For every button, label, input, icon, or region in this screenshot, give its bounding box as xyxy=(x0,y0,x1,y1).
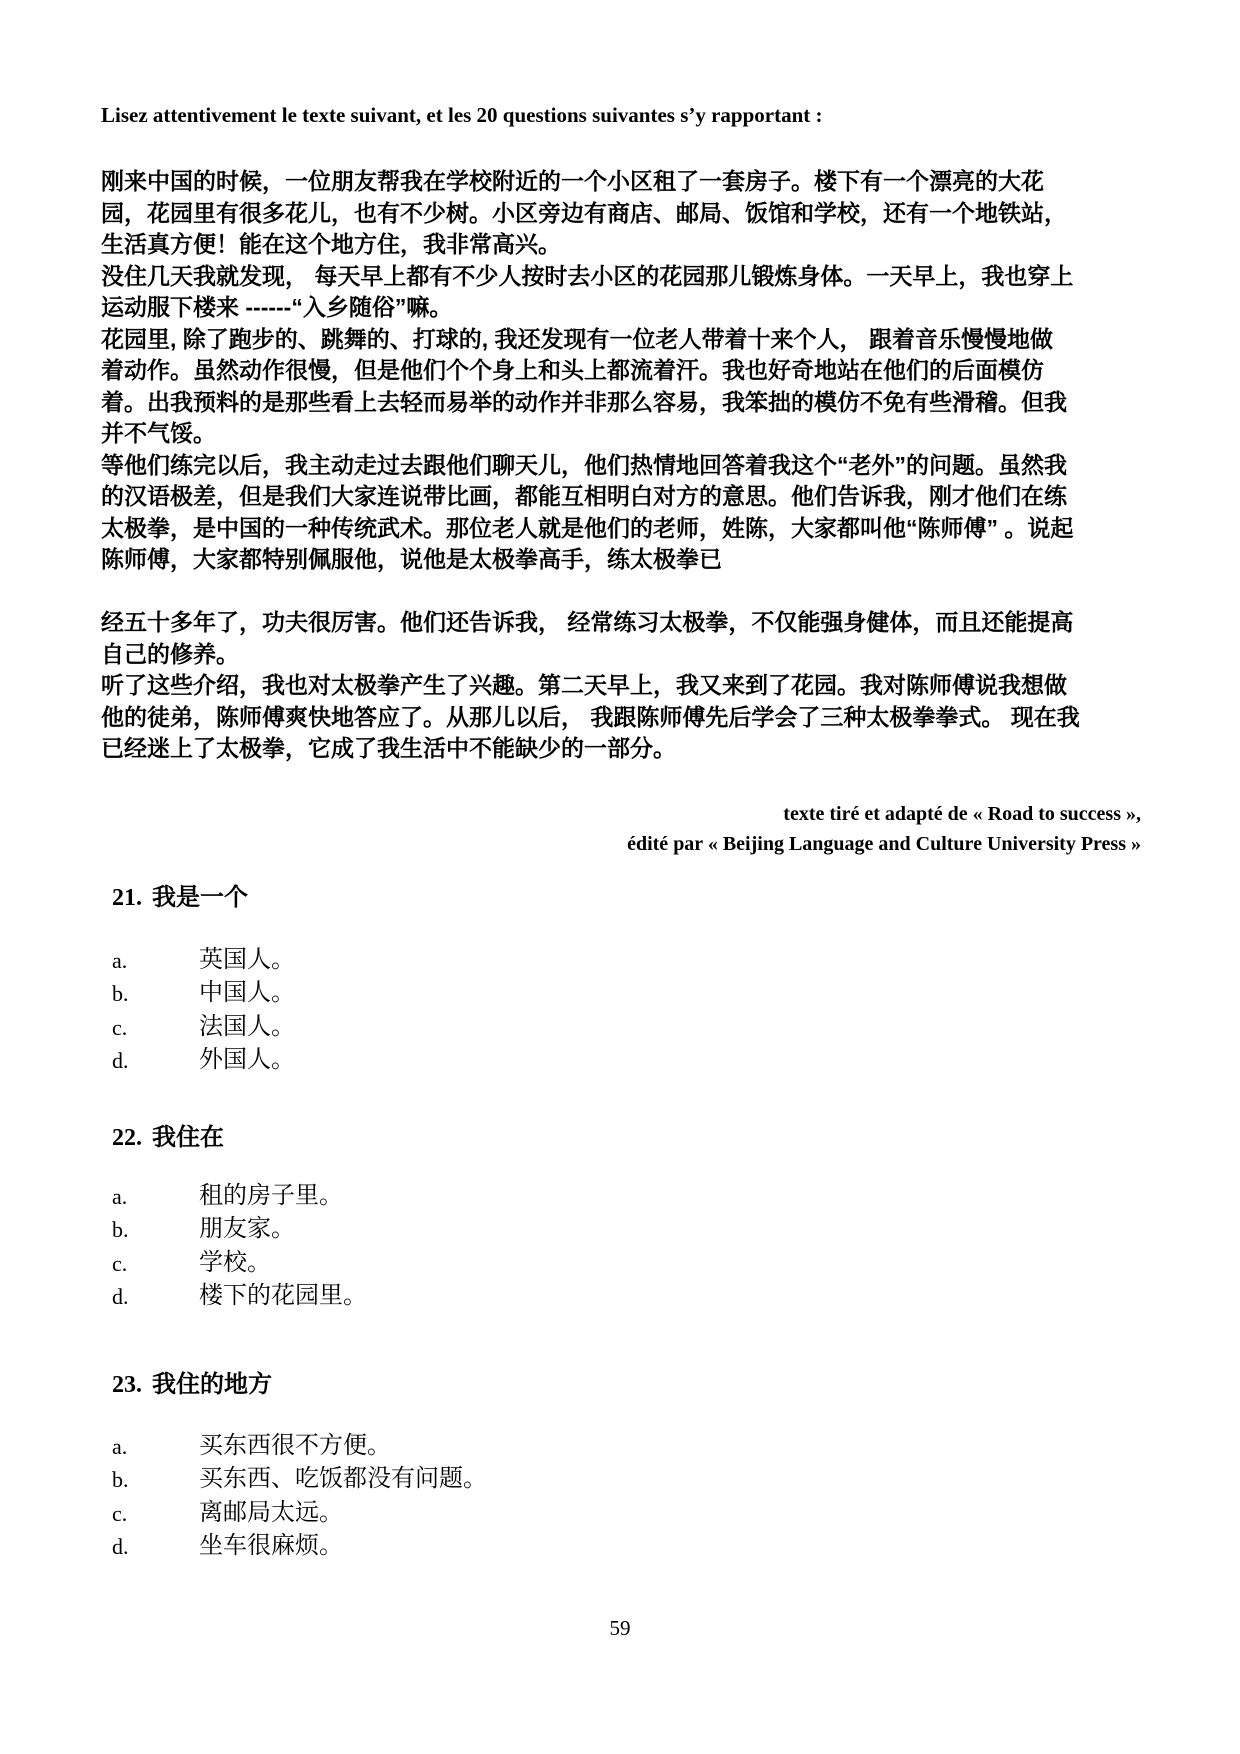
option-row: a.租的房子里。 xyxy=(112,1180,1141,1214)
option-text: 坐车很麻烦。 xyxy=(199,1530,1141,1564)
page-content: Lisez attentivement le texte suivant, et… xyxy=(101,102,1141,1564)
option-row: b.朋友家。 xyxy=(112,1213,1141,1247)
option-row: a.买东西很不方便。 xyxy=(112,1430,1141,1464)
question-23-options: a.买东西很不方便。b.买东西、吃饭都没有问题。c.离邮局太远。d.坐车很麻烦。 xyxy=(112,1430,1141,1564)
text-line: 着动作。虽然动作很慢，但是他们个个身上和头上都流着汗。我也好奇地站在他们的后面模… xyxy=(101,355,1141,387)
option-row: c.学校。 xyxy=(112,1247,1141,1281)
option-letter: d. xyxy=(112,1280,199,1314)
question-23: 23.我住的地方 a.买东西很不方便。b.买东西、吃饭都没有问题。c.离邮局太远… xyxy=(101,1370,1141,1564)
question-number: 22. xyxy=(112,1125,142,1151)
page-number: 59 xyxy=(0,1616,1240,1641)
option-row: b.中国人。 xyxy=(112,977,1141,1011)
question-title: 我是一个 xyxy=(152,884,248,911)
option-text: 中国人。 xyxy=(199,977,1141,1011)
text-line: 陈师傅，大家都特别佩服他，说他是太极拳高手，练太极拳已 xyxy=(101,544,1141,576)
option-letter: d. xyxy=(112,1044,199,1078)
option-text: 外国人。 xyxy=(199,1044,1141,1078)
text-line: 听了这些介绍，我也对太极拳产生了兴趣。第二天早上，我又来到了花园。我对陈师傅说我… xyxy=(101,670,1141,702)
option-letter: a. xyxy=(112,1430,199,1464)
text-line: 的汉语极差，但是我们大家连说带比画，都能互相明白对方的意思。他们告诉我，刚才他们… xyxy=(101,481,1141,513)
instruction-text: Lisez attentivement le texte suivant, et… xyxy=(101,102,1141,128)
text-line: 已经迷上了太极拳，它成了我生活中不能缺少的一部分。 xyxy=(101,733,1141,765)
option-row: b.买东西、吃饭都没有问题。 xyxy=(112,1463,1141,1497)
option-text: 朋友家。 xyxy=(199,1213,1141,1247)
option-letter: d. xyxy=(112,1530,199,1564)
option-row: d.外国人。 xyxy=(112,1044,1141,1078)
attribution-line-2: édité par « Beijing Language and Culture… xyxy=(101,829,1141,859)
text-line: 等他们练完以后，我主动走过去跟他们聊天儿，他们热情地回答着我这个“老外”的问题。… xyxy=(101,450,1141,482)
option-letter: c. xyxy=(112,1011,199,1045)
question-22: 22.我住在 a.租的房子里。b.朋友家。c.学校。d.楼下的花园里。 xyxy=(101,1123,1141,1314)
question-title: 我住的地方 xyxy=(152,1371,272,1398)
option-row: c.法国人。 xyxy=(112,1011,1141,1045)
option-row: d.坐车很麻烦。 xyxy=(112,1530,1141,1564)
option-text: 租的房子里。 xyxy=(199,1180,1141,1214)
option-text: 楼下的花园里。 xyxy=(199,1280,1141,1314)
question-23-heading: 23.我住的地方 xyxy=(112,1370,1141,1400)
text-line: 经五十多年了，功夫很厉害。他们还告诉我， 经常练习太极拳，不仅能强身健体，而且还… xyxy=(101,607,1141,639)
attribution: texte tiré et adapté de « Road to succes… xyxy=(101,799,1141,859)
question-22-options: a.租的房子里。b.朋友家。c.学校。d.楼下的花园里。 xyxy=(112,1180,1141,1314)
option-letter: c. xyxy=(112,1247,199,1281)
option-row: d.楼下的花园里。 xyxy=(112,1280,1141,1314)
text-line: 他的徒弟，陈师傅爽快地答应了。从那儿以后， 我跟陈师傅先后学会了三种太极拳拳式。… xyxy=(101,702,1141,734)
question-title: 我住在 xyxy=(152,1124,224,1151)
option-text: 离邮局太远。 xyxy=(199,1497,1141,1531)
text-line xyxy=(101,576,1141,608)
text-line: 太极拳，是中国的一种传统武术。那位老人就是他们的老师，姓陈，大家都叫他“陈师傅”… xyxy=(101,513,1141,545)
text-line: 自己的修养。 xyxy=(101,639,1141,671)
question-21: 21.我是一个 a.英国人。b.中国人。c.法国人。d.外国人。 xyxy=(101,883,1141,1078)
text-line: 并不气馁。 xyxy=(101,418,1141,450)
text-line: 园，花园里有很多花儿，也有不少树。小区旁边有商店、邮局、饭馆和学校，还有一个地铁… xyxy=(101,198,1141,230)
option-text: 买东西、吃饭都没有问题。 xyxy=(199,1463,1141,1497)
question-22-heading: 22.我住在 xyxy=(112,1123,1141,1153)
option-letter: c. xyxy=(112,1497,199,1531)
option-row: a.英国人。 xyxy=(112,944,1141,978)
option-text: 法国人。 xyxy=(199,1011,1141,1045)
option-letter: b. xyxy=(112,977,199,1011)
text-line: 刚来中国的时候，一位朋友帮我在学校附近的一个小区租了一套房子。楼下有一个漂亮的大… xyxy=(101,166,1141,198)
option-text: 买东西很不方便。 xyxy=(199,1430,1141,1464)
option-letter: a. xyxy=(112,944,199,978)
text-line: 着。出我预料的是那些看上去轻而易举的动作并非那么容易，我笨拙的模仿不免有些滑稽。… xyxy=(101,387,1141,419)
option-letter: b. xyxy=(112,1213,199,1247)
question-number: 23. xyxy=(112,1372,142,1398)
question-number: 21. xyxy=(112,885,142,911)
reading-text: 刚来中国的时候，一位朋友帮我在学校附近的一个小区租了一套房子。楼下有一个漂亮的大… xyxy=(101,166,1141,765)
option-text: 英国人。 xyxy=(199,944,1141,978)
text-line: 生活真方便！能在这个地方住，我非常高兴。 xyxy=(101,229,1141,261)
text-line: 没住几天我就发现， 每天早上都有不少人按时去小区的花园那儿锻炼身体。一天早上，我… xyxy=(101,261,1141,293)
option-letter: b. xyxy=(112,1463,199,1497)
option-letter: a. xyxy=(112,1180,199,1214)
text-line: 花园里, 除了跑步的、跳舞的、打球的, 我还发现有一位老人带着十来个人， 跟着音… xyxy=(101,324,1141,356)
option-text: 学校。 xyxy=(199,1247,1141,1281)
document-page: Lisez attentivement le texte suivant, et… xyxy=(0,0,1240,1754)
question-21-options: a.英国人。b.中国人。c.法国人。d.外国人。 xyxy=(112,944,1141,1078)
option-row: c.离邮局太远。 xyxy=(112,1497,1141,1531)
attribution-line-1: texte tiré et adapté de « Road to succes… xyxy=(101,799,1141,829)
text-line: 运动服下楼来 ------“入乡随俗”嘛。 xyxy=(101,292,1141,324)
question-21-heading: 21.我是一个 xyxy=(112,883,1141,913)
